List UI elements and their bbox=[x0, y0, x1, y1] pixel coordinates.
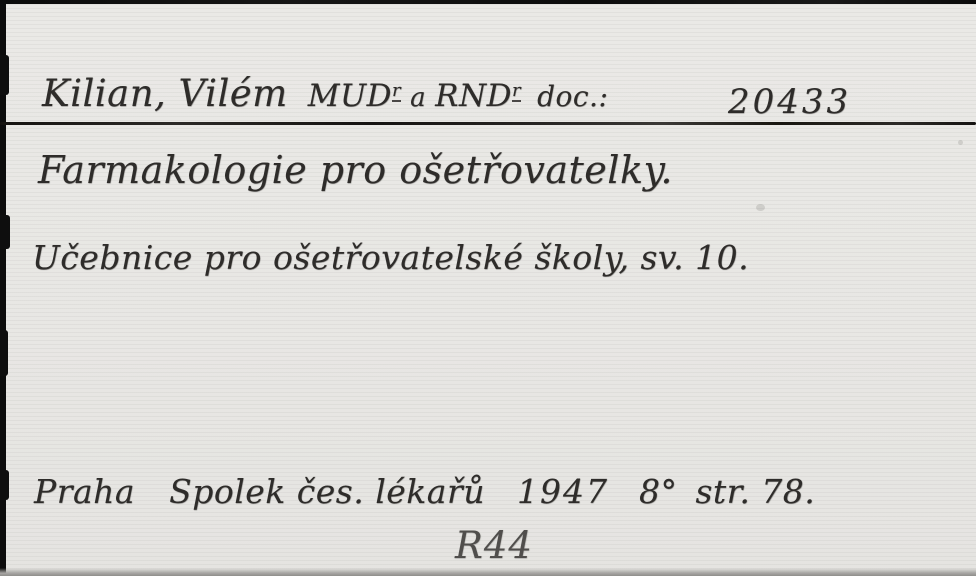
author-role: doc.: bbox=[537, 80, 608, 113]
catalog-number: 20433 bbox=[728, 82, 851, 122]
shelf-mark: R44 bbox=[455, 524, 533, 567]
degree-mudr-superscript: r bbox=[392, 82, 401, 102]
scan-edge-bottom bbox=[0, 568, 976, 576]
imprint-format: 8° bbox=[639, 472, 678, 511]
author-name: Kilian, Vilém bbox=[42, 72, 288, 115]
imprint-pages: str. 78. bbox=[695, 472, 815, 511]
degree-rndr-superscript: r bbox=[512, 82, 521, 102]
heading-rule bbox=[0, 122, 976, 125]
catalog-card-scan: Kilian, Vilém MUDraRNDr doc.: 20433 Farm… bbox=[0, 0, 976, 576]
imprint-line: Praha Spolek čes. lékařů 1947 8° str. 78… bbox=[34, 472, 815, 511]
degree-mudr: MUD bbox=[308, 78, 392, 114]
scan-edge-top bbox=[0, 0, 976, 4]
imprint-year: 1947 bbox=[517, 472, 609, 511]
author-degrees: MUDraRNDr bbox=[308, 78, 521, 114]
degree-rndr: RND bbox=[435, 78, 512, 114]
scan-edge-blob bbox=[0, 470, 9, 500]
paper-blemish bbox=[756, 204, 765, 211]
scan-edge-blob bbox=[0, 55, 9, 95]
book-title: Farmakologie pro ošetřovatelky. bbox=[38, 148, 673, 192]
heading-line: Kilian, Vilém MUDraRNDr doc.: bbox=[42, 72, 608, 115]
scan-edge-blob bbox=[0, 215, 10, 249]
degree-conjunction: a bbox=[410, 83, 426, 113]
scan-edge-blob bbox=[0, 330, 8, 376]
series-note: Učebnice pro ošetřovatelské školy, sv. 1… bbox=[32, 238, 749, 277]
imprint-place: Praha bbox=[34, 472, 135, 511]
imprint-publisher: Spolek čes. lékařů bbox=[169, 472, 485, 511]
paper-blemish bbox=[958, 140, 963, 145]
